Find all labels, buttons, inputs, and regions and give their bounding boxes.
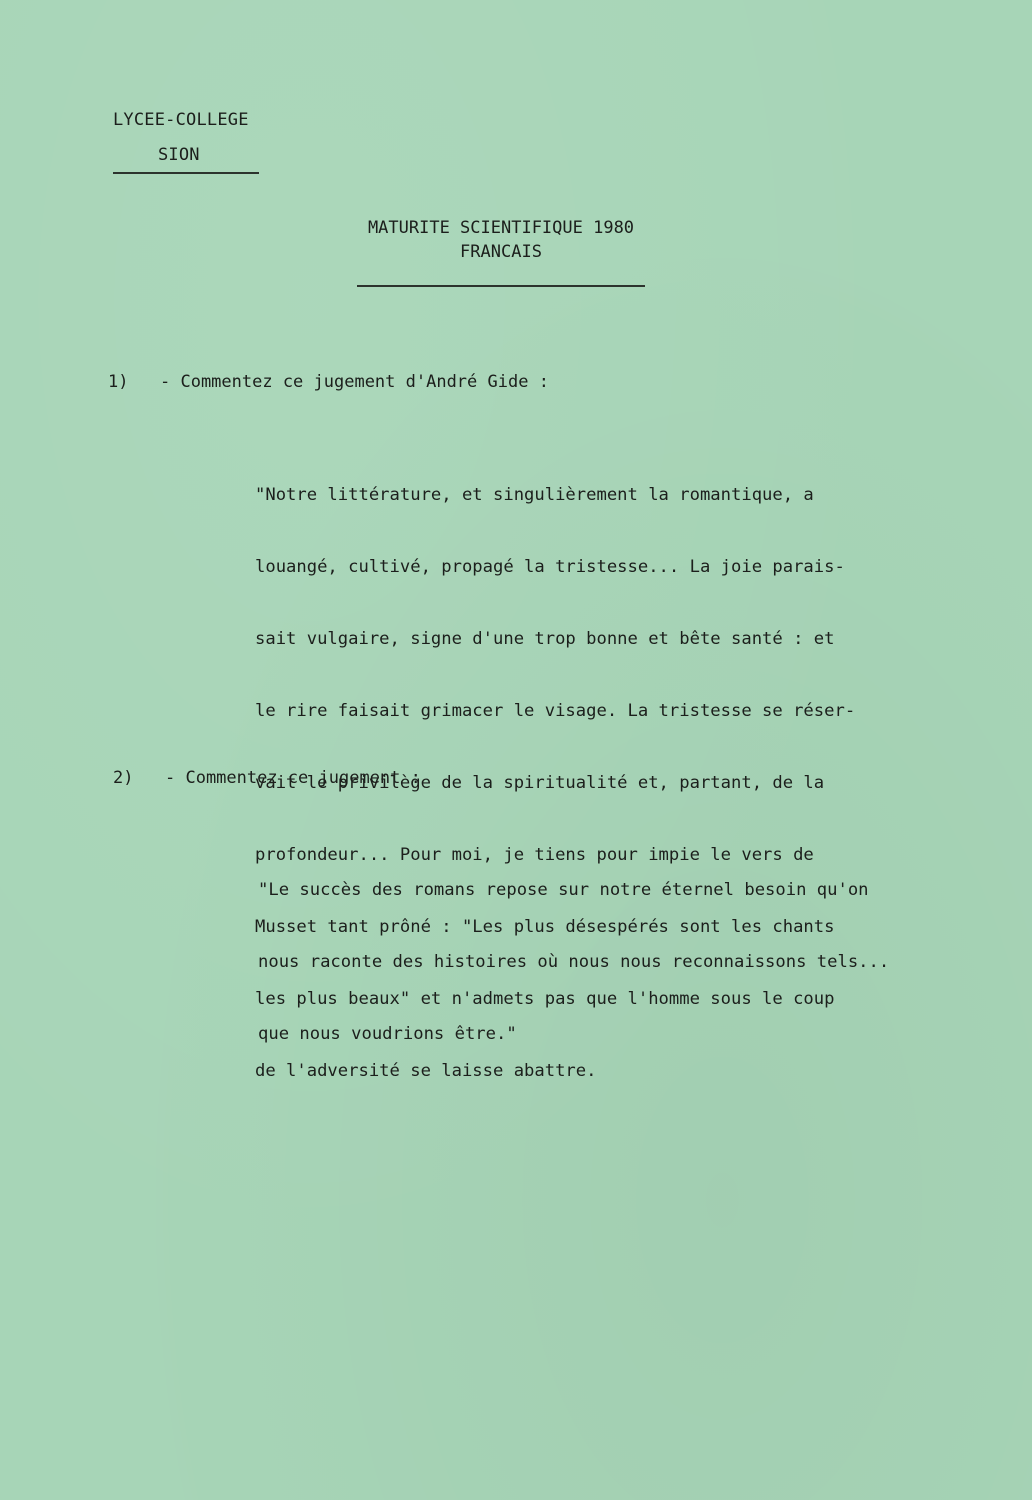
quote-line: "Notre littérature, et singulièrement la… bbox=[255, 483, 855, 507]
exam-title: MATURITE SCIENTIFIQUE 1980 FRANCAIS bbox=[357, 216, 645, 264]
question-number: 1) bbox=[108, 370, 160, 394]
school-name-line1: LYCEE-COLLEGE bbox=[113, 103, 249, 138]
title-underline bbox=[357, 285, 645, 287]
question-2: 2)- Commentez ce jugement : bbox=[113, 766, 421, 790]
school-underline bbox=[113, 172, 259, 174]
school-name-line2: SION bbox=[113, 138, 249, 173]
exam-title-line1: MATURITE SCIENTIFIQUE 1980 bbox=[357, 216, 645, 240]
quote-line: sait vulgaire, signe d'une trop bonne et… bbox=[255, 627, 855, 651]
school-name: LYCEE-COLLEGE SION bbox=[113, 103, 249, 173]
quote-line: louangé, cultivé, propagé la tristesse..… bbox=[255, 555, 855, 579]
question-1: 1)- Commentez ce jugement d'André Gide : bbox=[108, 370, 549, 394]
question-number: 2) bbox=[113, 766, 165, 790]
exam-page: LYCEE-COLLEGE SION MATURITE SCIENTIFIQUE… bbox=[0, 0, 1032, 1500]
quote-line: que nous voudrions être." bbox=[258, 1022, 889, 1046]
exam-title-line2: FRANCAIS bbox=[357, 240, 645, 264]
question-2-quote: "Le succès des romans repose sur notre é… bbox=[258, 830, 889, 1094]
quote-line: le rire faisait grimacer le visage. La t… bbox=[255, 699, 855, 723]
question-prompt: - Commentez ce jugement d'André Gide : bbox=[160, 372, 549, 392]
question-prompt: - Commentez ce jugement : bbox=[165, 768, 421, 788]
quote-line: "Le succès des romans repose sur notre é… bbox=[258, 878, 889, 902]
quote-line: nous raconte des histoires où nous nous … bbox=[258, 950, 889, 974]
